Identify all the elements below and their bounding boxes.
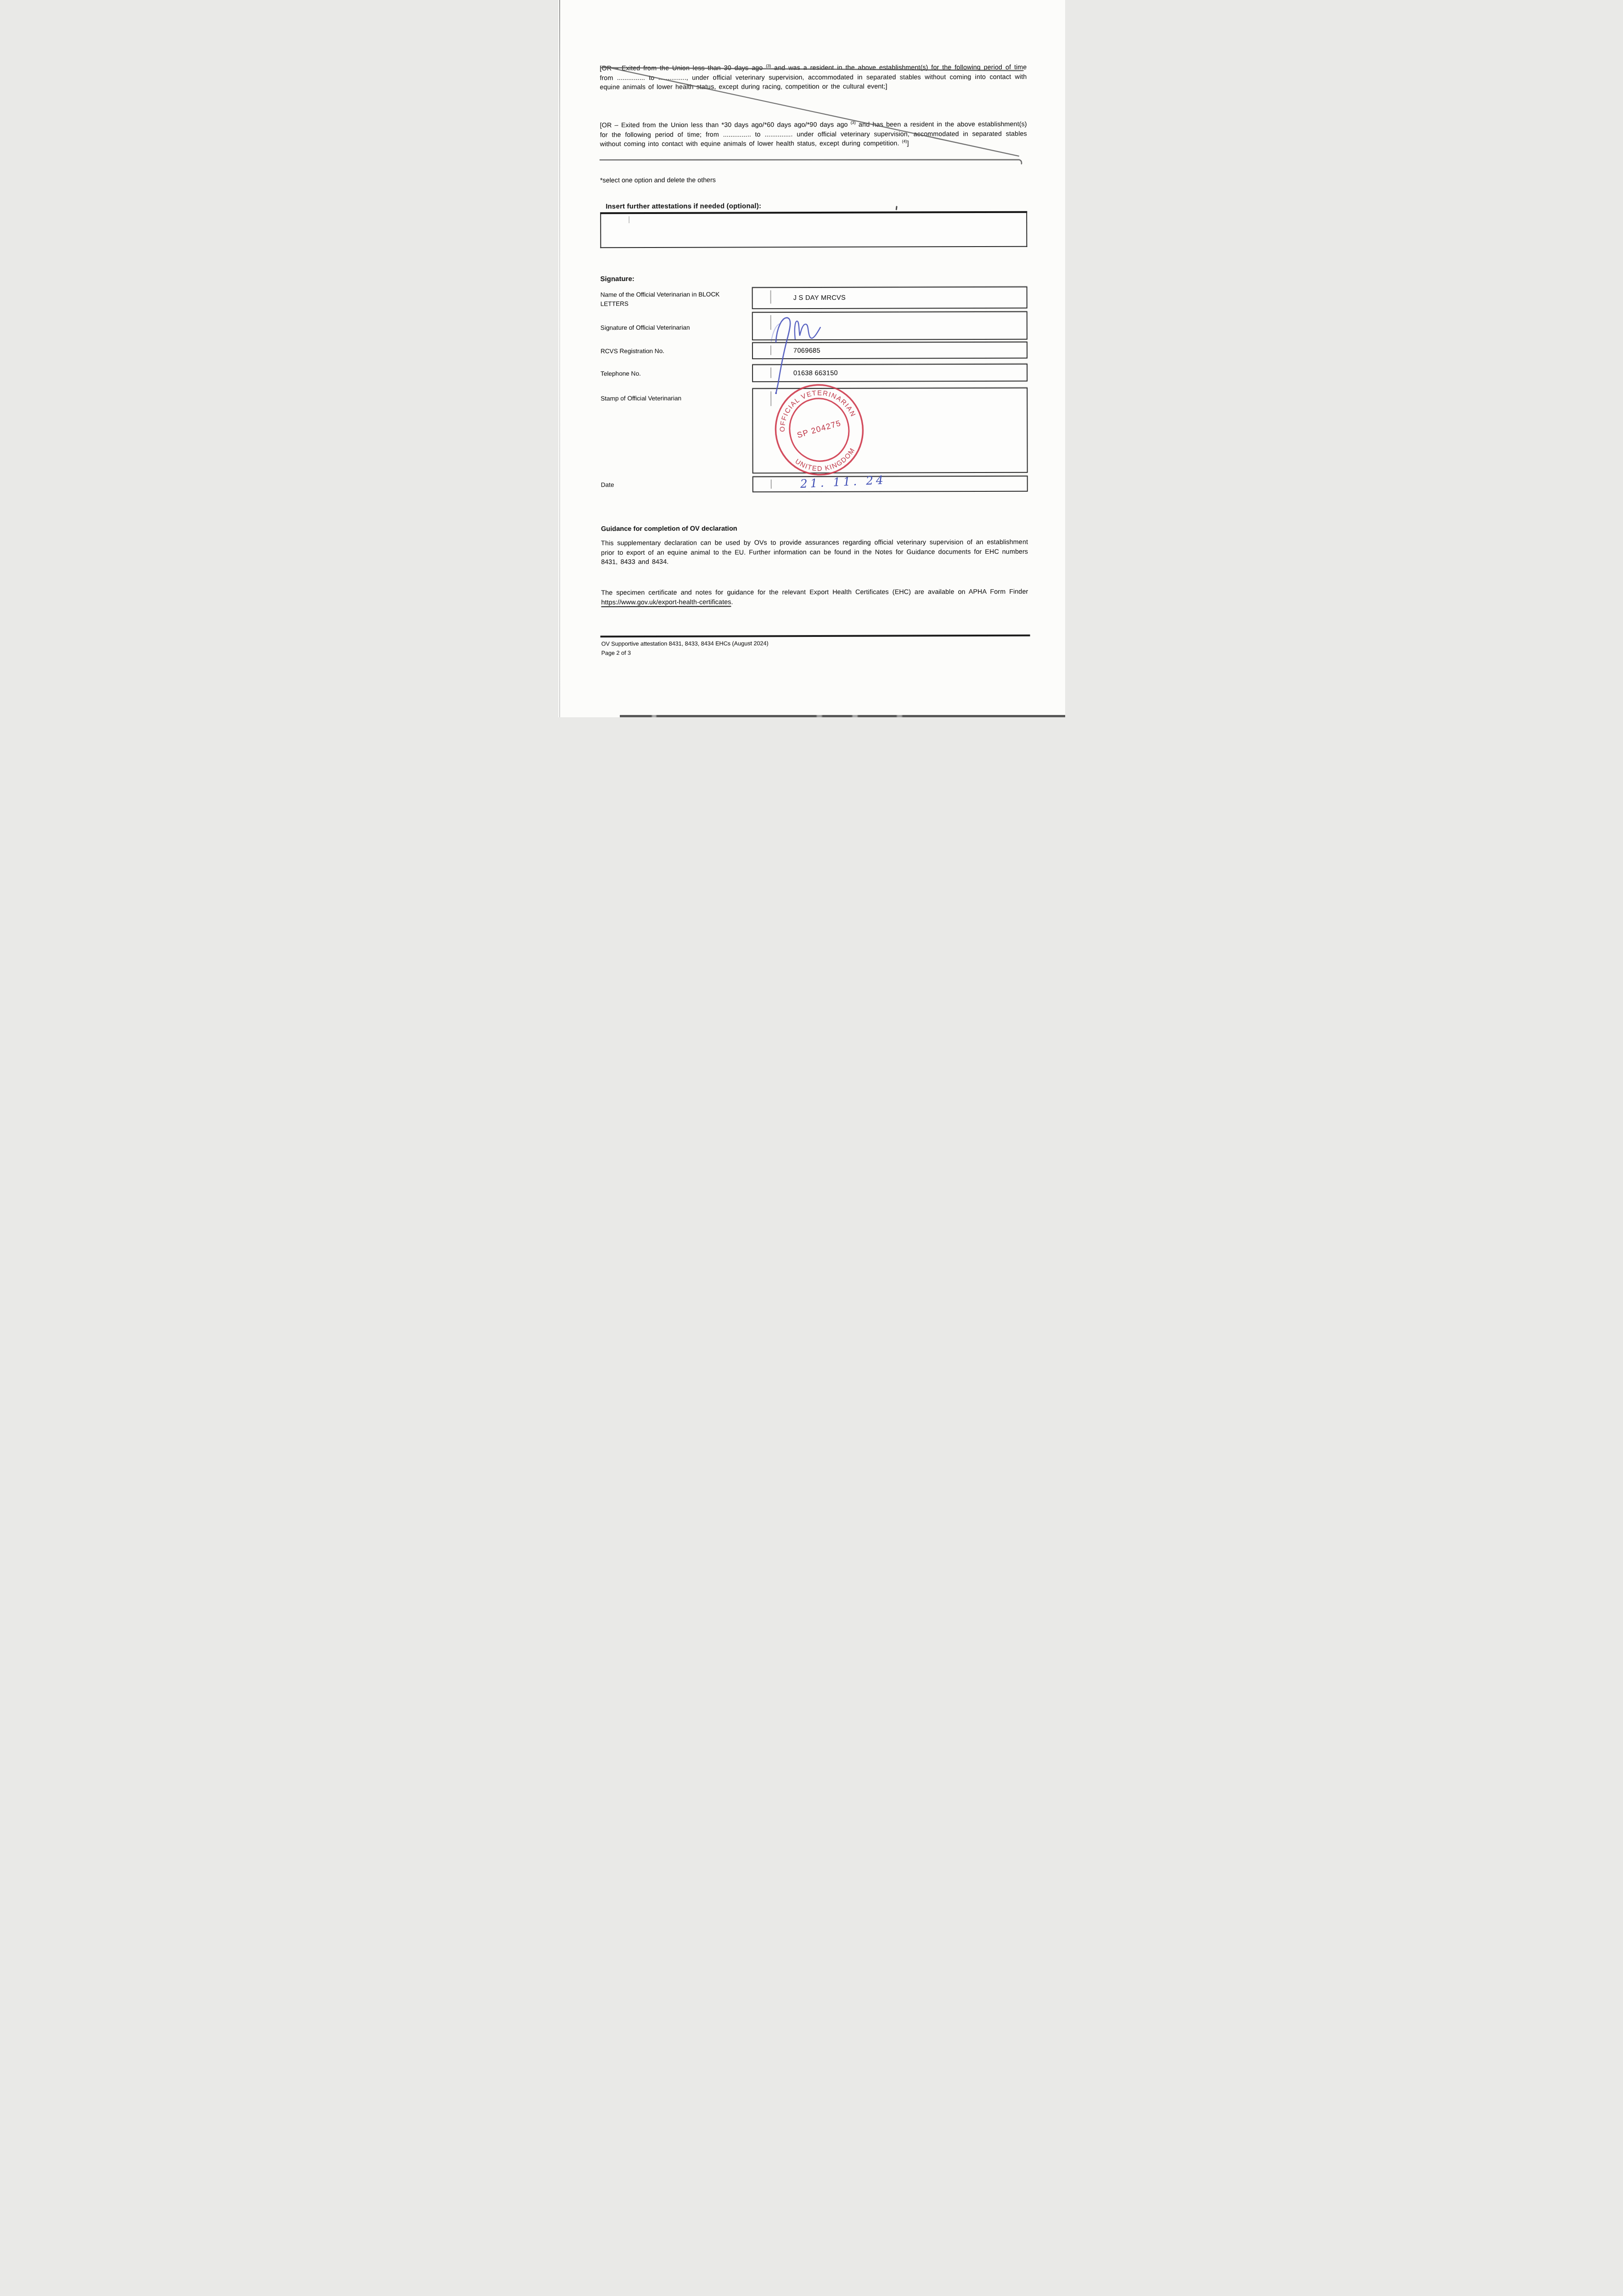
bottom-scan-bar-artifact: [620, 715, 1065, 717]
name-row: Name of the Official Veterinarian in BLO…: [600, 287, 1027, 310]
date-label: Date: [601, 476, 752, 493]
guide-tick: [770, 290, 771, 304]
rcvs-label: RCVS Registration No.: [600, 342, 752, 360]
signature-row: Signature of Official Veterinarian: [600, 311, 1027, 341]
telephone-label: Telephone No.: [601, 364, 752, 383]
strike-line-bottom: [600, 159, 1021, 165]
stamp-box: OFFICIAL VETERINARIAN UNITED KINGDOM SP …: [752, 388, 1028, 474]
handwritten-signature: [762, 314, 863, 396]
select-option-note: *select one option and delete the others: [600, 177, 715, 185]
specimen-text: The specimen certificate and notes for g…: [601, 588, 1028, 597]
date-row: Date 21. 11. 24: [601, 476, 1028, 493]
footnote-ref-3: (3): [766, 63, 771, 68]
footnote-ref-4: (4): [902, 139, 907, 144]
name-box: J S DAY MRCVS: [752, 287, 1027, 310]
signature-stroke-2: [794, 321, 820, 339]
scanned-form-page: [OR – Exited from the Union less than 30…: [558, 0, 1065, 717]
attestations-box: [600, 211, 1027, 248]
guidance-paragraph: This supplementary declaration can be us…: [601, 538, 1028, 567]
name-value: J S DAY MRCVS: [793, 294, 846, 302]
date-box: 21. 11. 24: [752, 476, 1028, 493]
option2-text-c: ]: [907, 140, 909, 147]
option2-text-a: [OR – Exited from the Union less than *3…: [600, 121, 850, 129]
specimen-paragraph: The specimen certificate and notes for g…: [601, 587, 1028, 607]
signature-stroke-1: [775, 318, 790, 393]
pen-mark-artifact: [895, 206, 897, 210]
name-label: Name of the Official Veterinarian in BLO…: [600, 287, 752, 310]
scan-mark: [629, 216, 629, 223]
signature-section-heading: Signature:: [600, 275, 634, 283]
attestations-heading: Insert further attestations if needed (o…: [606, 202, 761, 210]
guide-tick: [770, 479, 771, 489]
option1-text-a: [OR – Exited from the Union less than 30…: [600, 64, 766, 72]
guidance-heading: Guidance for completion of OV declaratio…: [601, 525, 737, 533]
specimen-text-after: .: [731, 598, 733, 606]
signature-label: Signature of Official Veterinarian: [600, 312, 752, 341]
footer-line1: OV Supportive attestation 8431, 8433, 84…: [601, 639, 768, 648]
footnote-ref-3b: (3): [850, 120, 855, 125]
option-paragraph-1: [OR – Exited from the Union less than 30…: [600, 63, 1027, 92]
option-paragraph-2: [OR – Exited from the Union less than *3…: [600, 120, 1027, 149]
stamp-center-text: SP 204275: [796, 418, 842, 440]
footer-rule: [600, 635, 1030, 637]
signature-box: [752, 311, 1027, 341]
ehc-link[interactable]: https://www.gov.uk/export-health-certifi…: [601, 598, 731, 607]
footer-line2: Page 2 of 3: [601, 648, 630, 658]
stamp-label: Stamp of Official Veterinarian: [601, 388, 752, 474]
signature-ghost-stroke: [771, 324, 779, 341]
stamp-row: Stamp of Official Veterinarian OFFICIAL …: [601, 388, 1028, 474]
signature-ink-blot: [775, 392, 777, 394]
official-veterinarian-stamp: OFFICIAL VETERINARIAN UNITED KINGDOM SP …: [772, 383, 866, 477]
